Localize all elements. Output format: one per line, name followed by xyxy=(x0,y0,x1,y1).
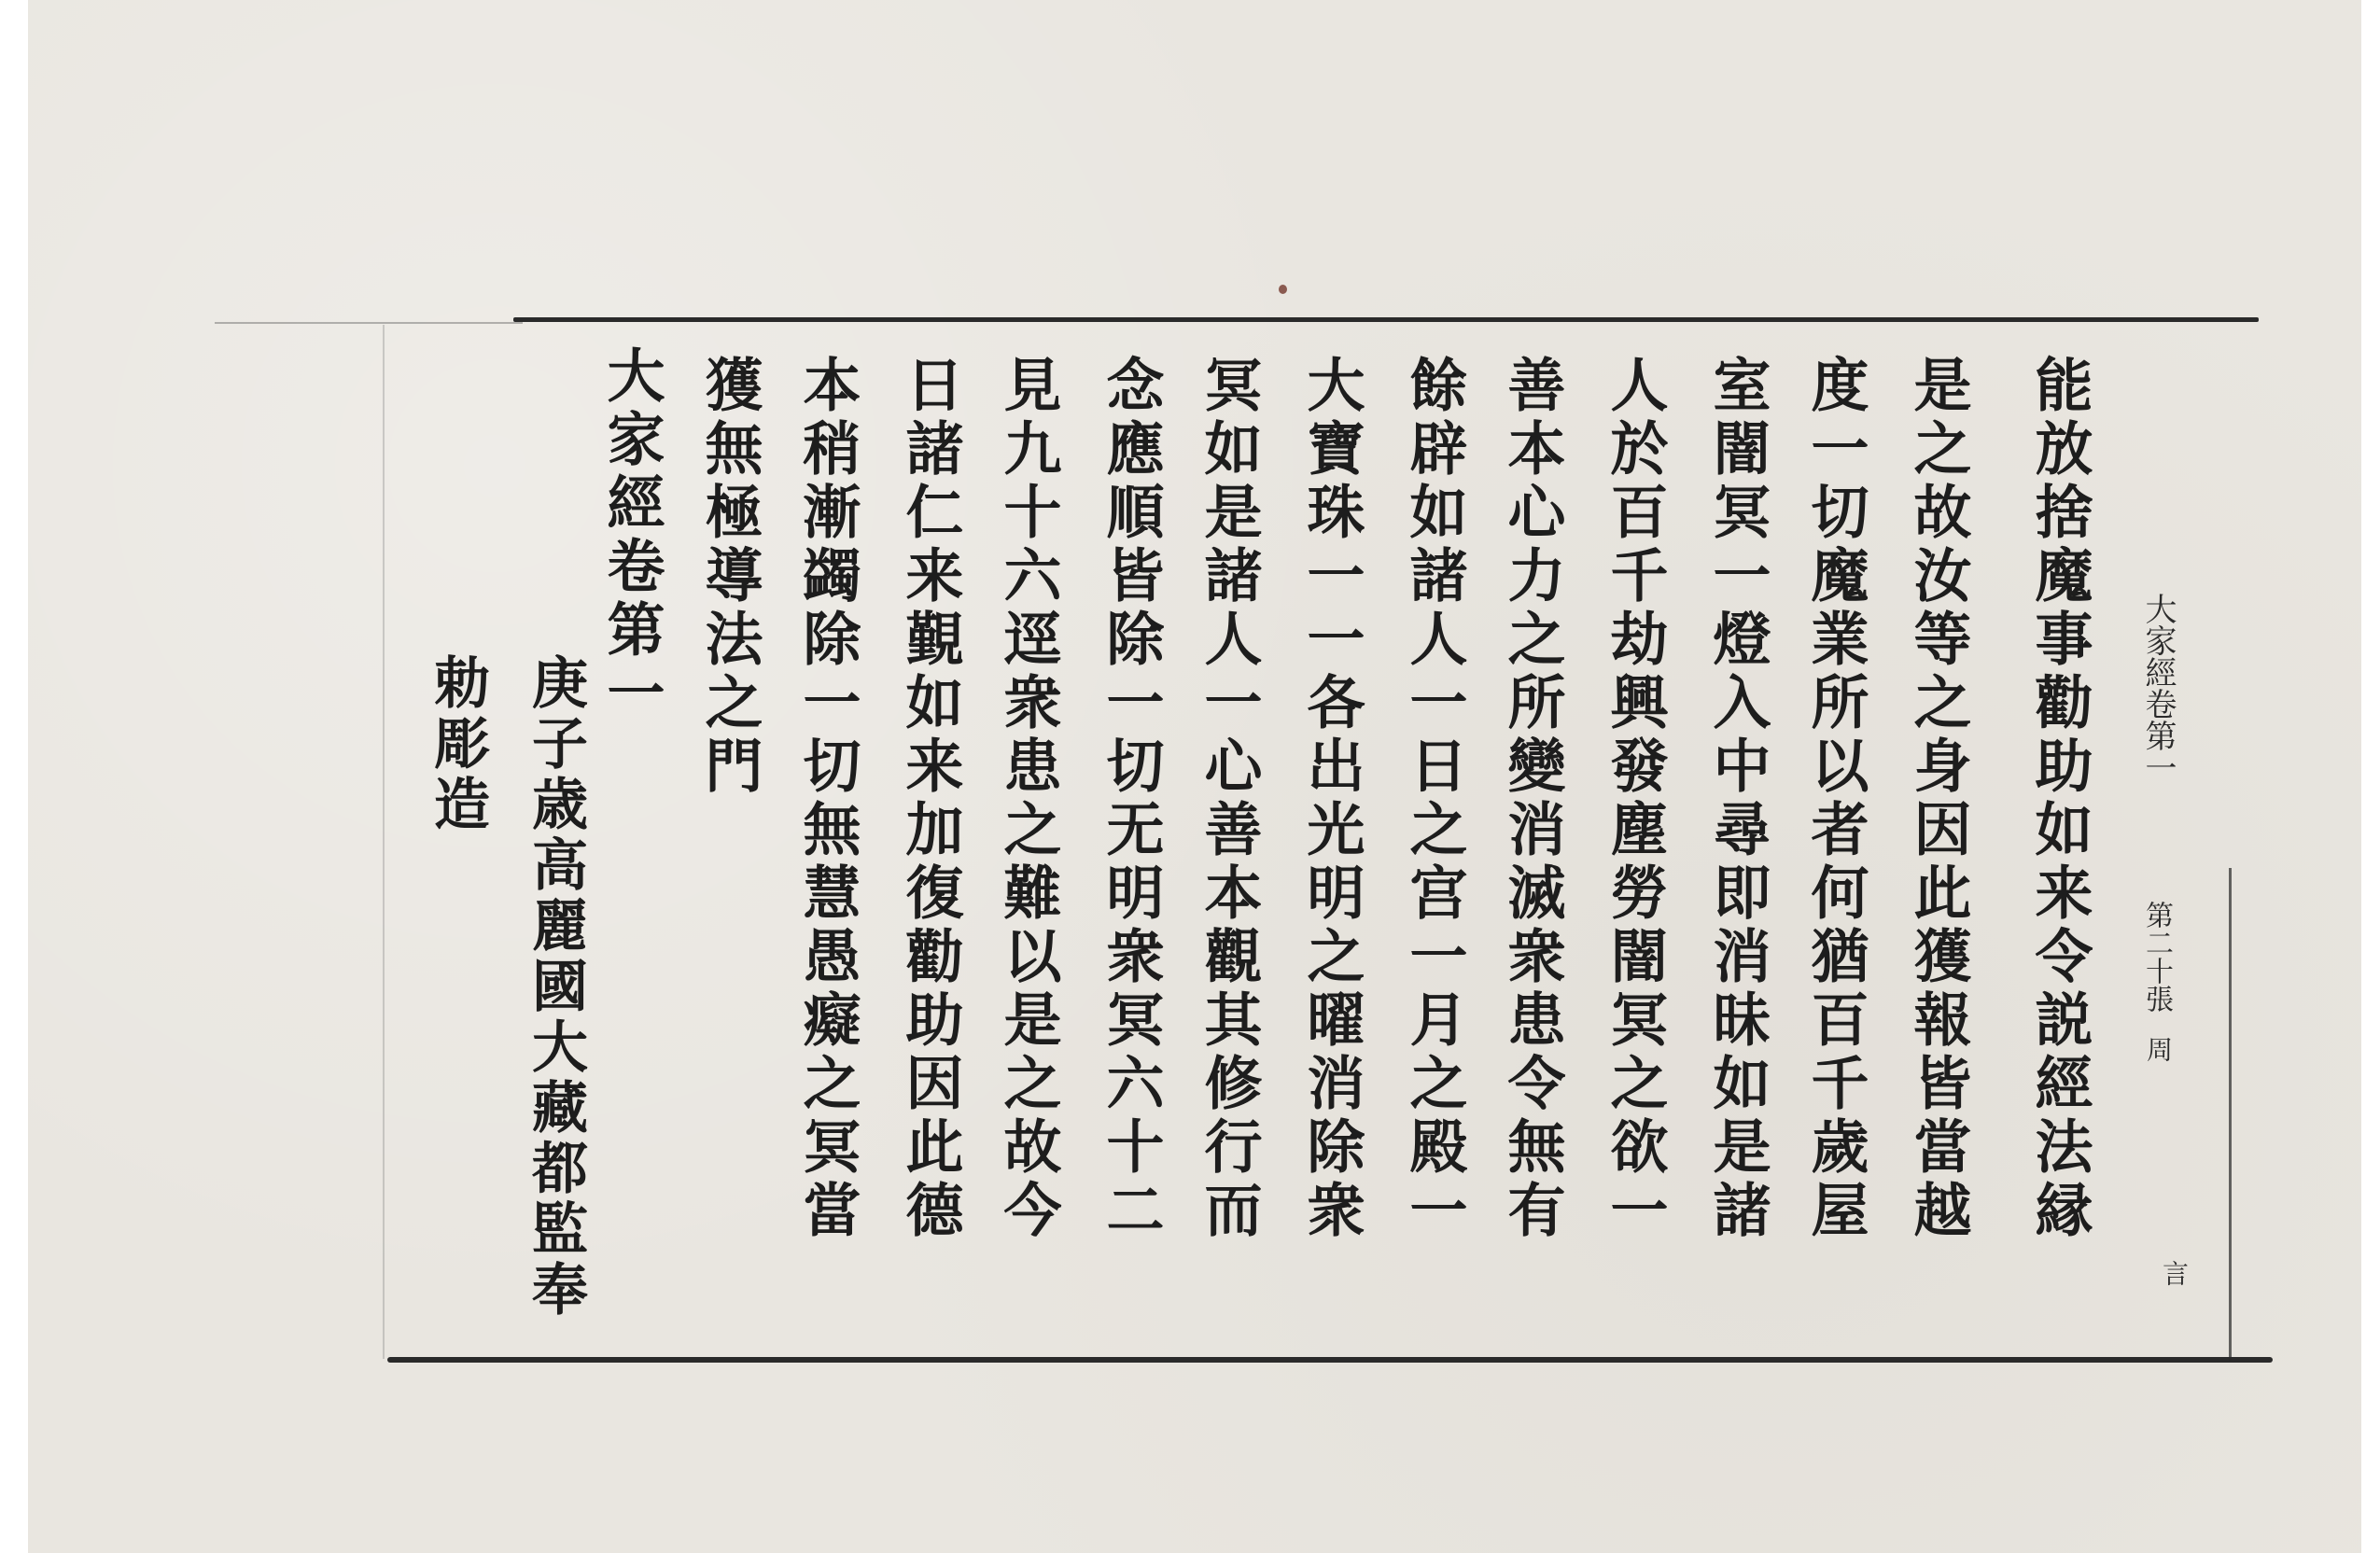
text-column-7: 餘辟如諸人一日之宫一月之殿一 xyxy=(1405,355,1463,1243)
margin-carver-mark: 周 xyxy=(2145,1036,2171,1062)
text-column-2: 是之故汝等之身因此獲報皆當越 xyxy=(1909,355,1967,1243)
closing-title: 大家經卷第一 xyxy=(602,345,660,726)
right-border xyxy=(2229,868,2232,1361)
text-column-13: 本稍漸蠲除一切無慧愚癡之冥當 xyxy=(798,355,856,1243)
text-column-5: 人於百千劫興發塵勞闇冥之欲一 xyxy=(1605,355,1663,1243)
text-column-12: 日諸仁来覲如来加復勸助因此德 xyxy=(901,355,959,1243)
top-border xyxy=(513,317,2259,322)
text-column-9: 冥如是諸人一心善本觀其修行而 xyxy=(1199,355,1257,1243)
text-column-14: 獲無極導法之門 xyxy=(700,355,758,799)
text-column-6: 善本心力之所變消滅衆患令無有 xyxy=(1503,355,1561,1243)
colophon-line-2: 勅彫造 xyxy=(429,653,485,835)
margin-carver-name: 言 xyxy=(2161,1260,2187,1286)
margin-title: 大家經卷第一 xyxy=(2142,593,2174,783)
sutra-page: 大家經卷第一 第二十張 周 言 能放捨魔事勸助如来令説經法縁 是之故汝等之身因此… xyxy=(28,0,2361,1553)
ink-stain xyxy=(1279,285,1287,294)
text-column-11: 見九十六逕衆患之難以是之故今 xyxy=(999,355,1057,1243)
text-column-3: 度一切魔業所以者何猶百千歲屋 xyxy=(1806,355,1864,1243)
top-border-faint xyxy=(215,322,523,324)
text-column-4: 室闇冥一燈入中尋即消昧如是諸 xyxy=(1708,355,1766,1243)
left-border xyxy=(383,325,385,1359)
text-column-10: 念應順皆除一切无明衆冥六十二 xyxy=(1101,355,1159,1243)
bottom-border xyxy=(387,1357,2273,1363)
text-column-1: 能放捨魔事勸助如来令説經法縁 xyxy=(2030,355,2088,1243)
colophon-line-1: 庚子歳高麗國大藏都監奉 xyxy=(527,653,583,1321)
text-column-8: 大寶珠一一各出光明之曜消除衆 xyxy=(1302,355,1360,1243)
margin-sheet-number: 第二十張 xyxy=(2142,901,2170,1013)
